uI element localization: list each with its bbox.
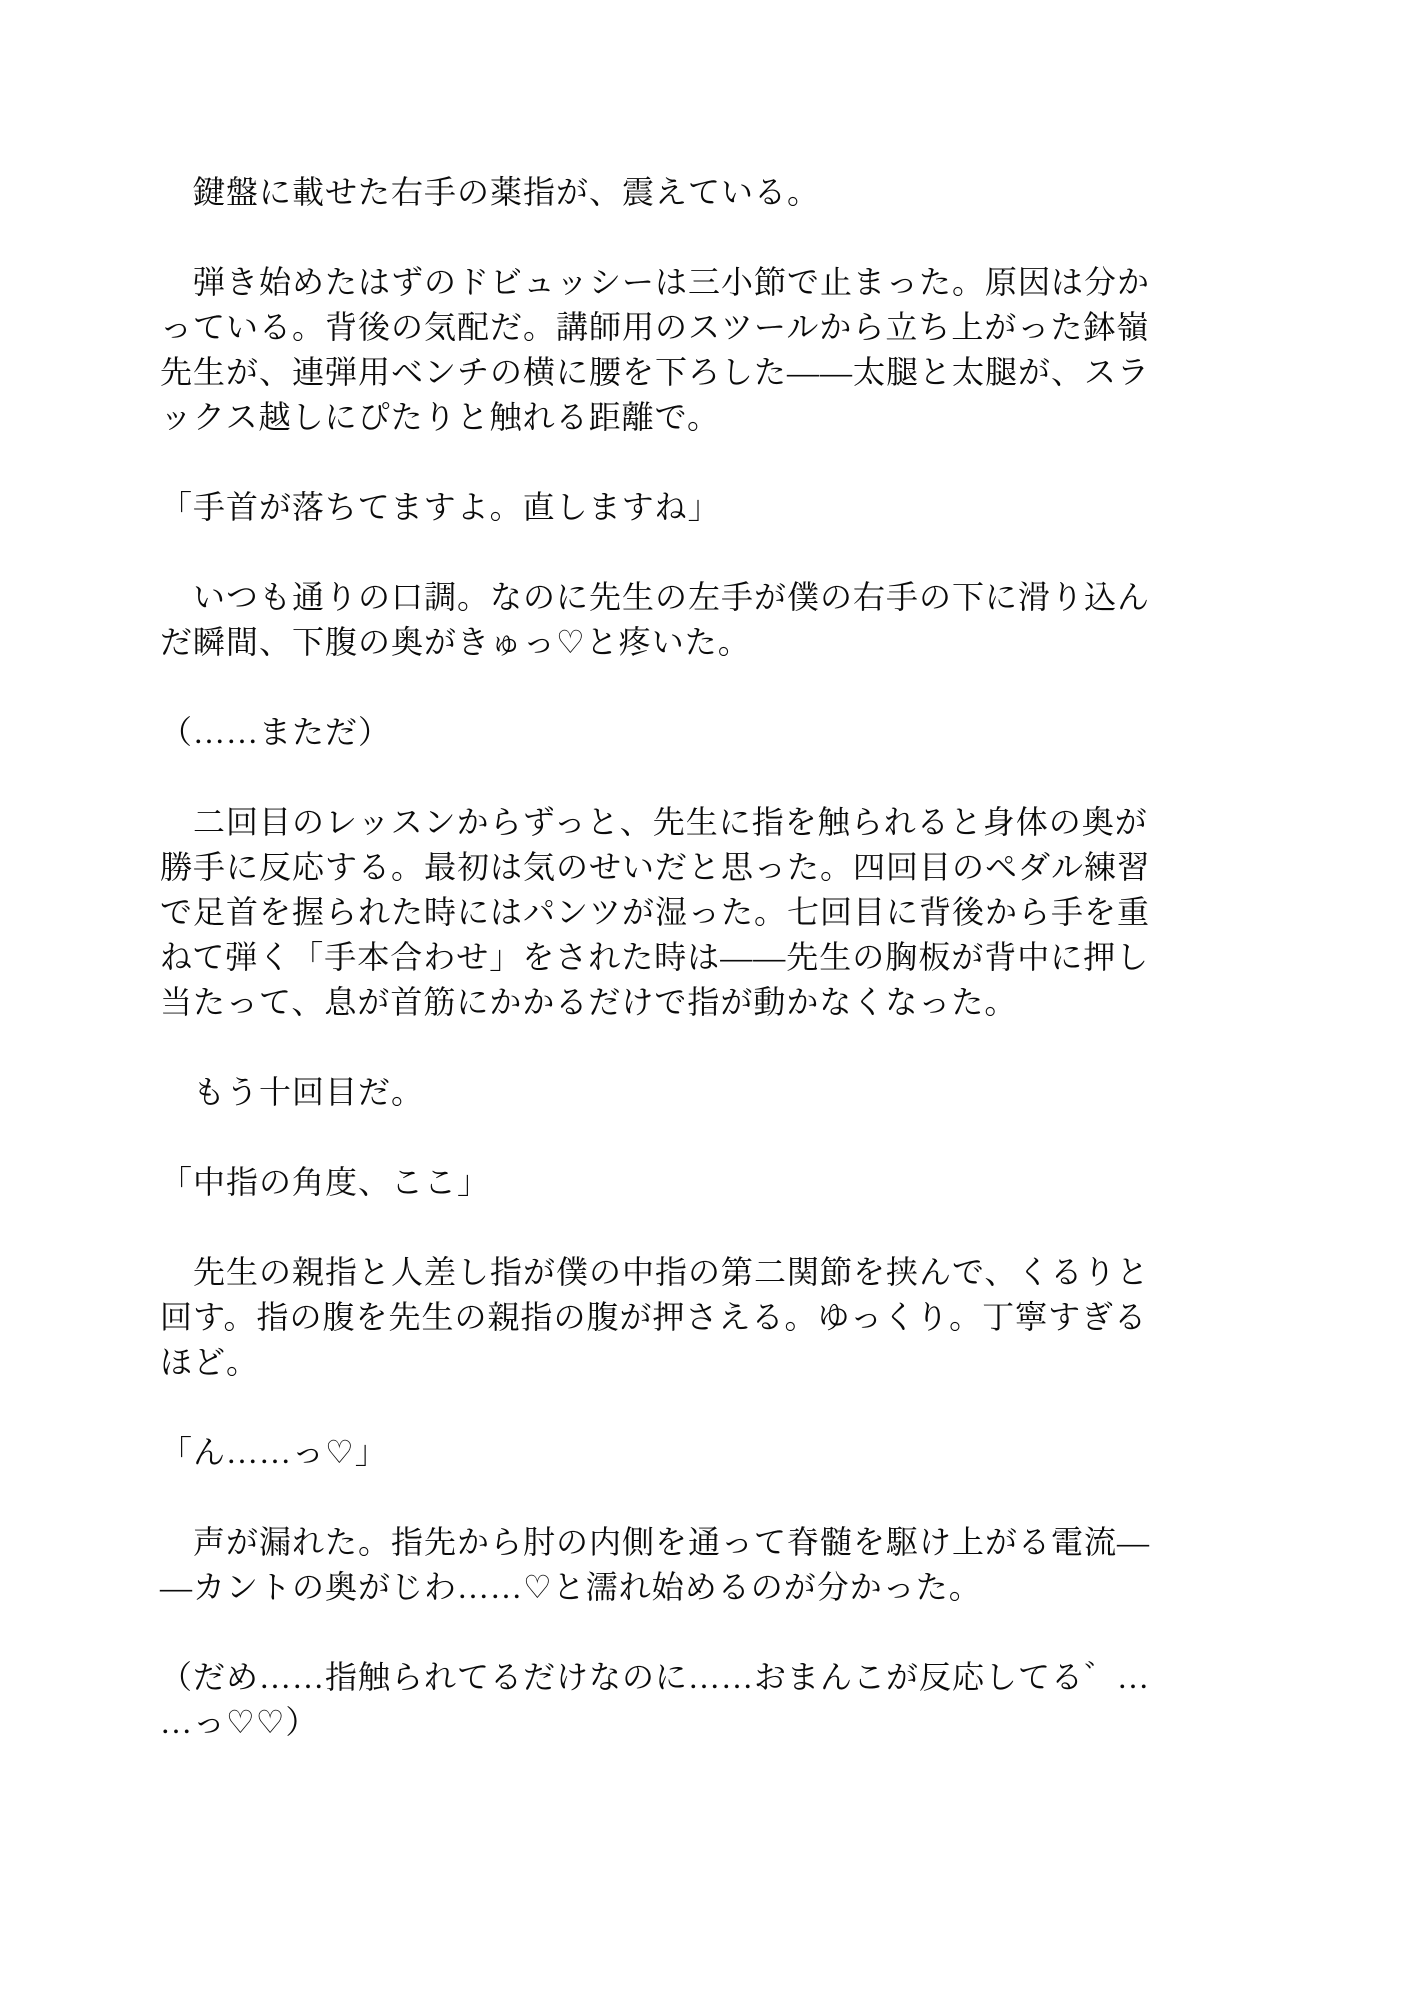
text-line: （だめ……指触られてるだけなのに……おまんこが反応してる゛… [160, 1655, 1310, 1700]
text-line: （……まただ） [160, 710, 1310, 755]
paragraph: 「ん……っ♡」 [160, 1430, 1310, 1475]
paragraph: 「中指の角度、ここ」 [160, 1160, 1310, 1205]
text-line: だ瞬間、下腹の奥がきゅっ♡と疼いた。 [160, 620, 1310, 665]
text-line: 「中指の角度、ここ」 [160, 1160, 1310, 1205]
novel-text-block: 鍵盤に載せた右手の薬指が、震えている。弾き始めたはずのドビュッシーは三小節で止ま… [160, 170, 1310, 1745]
text-line: ねて弾く「手本合わせ」をされた時は——先生の胸板が背中に押し [160, 935, 1310, 980]
text-line: 「手首が落ちてますよ。直しますね」 [160, 485, 1310, 530]
paragraph: （……まただ） [160, 710, 1310, 755]
text-line: —カントの奥がじわ……♡と濡れ始めるのが分かった。 [160, 1565, 1310, 1610]
text-line: 鍵盤に載せた右手の薬指が、震えている。 [160, 170, 1310, 215]
text-line: 弾き始めたはずのドビュッシーは三小節で止まった。原因は分か [160, 260, 1310, 305]
text-line: いつも通りの口調。なのに先生の左手が僕の右手の下に滑り込ん [160, 575, 1310, 620]
text-line: で足首を握られた時にはパンツが湿った。七回目に背後から手を重 [160, 890, 1310, 935]
text-line: 勝手に反応する。最初は気のせいだと思った。四回目のペダル練習 [160, 845, 1310, 890]
paragraph: 声が漏れた。指先から肘の内側を通って脊髄を駆け上がる電流——カントの奥がじわ……… [160, 1520, 1310, 1610]
text-line: 声が漏れた。指先から肘の内側を通って脊髄を駆け上がる電流— [160, 1520, 1310, 1565]
text-line: …っ♡♡） [160, 1700, 1310, 1745]
text-line: もう十回目だ。 [160, 1070, 1310, 1115]
paragraph: 「手首が落ちてますよ。直しますね」 [160, 485, 1310, 530]
text-line: っている。背後の気配だ。講師用のスツールから立ち上がった鉢嶺 [160, 305, 1310, 350]
paragraph: 二回目のレッスンからずっと、先生に指を触られると身体の奥が勝手に反応する。最初は… [160, 800, 1310, 1025]
paragraph: 先生の親指と人差し指が僕の中指の第二関節を挟んで、くるりと回す。指の腹を先生の親… [160, 1250, 1310, 1385]
text-line: 当たって、息が首筋にかかるだけで指が動かなくなった。 [160, 980, 1310, 1025]
paragraph: もう十回目だ。 [160, 1070, 1310, 1115]
text-line: ほど。 [160, 1340, 1310, 1385]
paragraph: 鍵盤に載せた右手の薬指が、震えている。 [160, 170, 1310, 215]
paragraph: いつも通りの口調。なのに先生の左手が僕の右手の下に滑り込んだ瞬間、下腹の奥がきゅ… [160, 575, 1310, 665]
paragraph: 弾き始めたはずのドビュッシーは三小節で止まった。原因は分かっている。背後の気配だ… [160, 260, 1310, 440]
text-line: ックス越しにぴたりと触れる距離で。 [160, 395, 1310, 440]
novel-page: 鍵盤に載せた右手の薬指が、震えている。弾き始めたはずのドビュッシーは三小節で止ま… [0, 0, 1415, 2000]
text-line: 回す。指の腹を先生の親指の腹が押さえる。ゆっくり。丁寧すぎる [160, 1295, 1310, 1340]
text-line: 「ん……っ♡」 [160, 1430, 1310, 1475]
text-line: 先生が、連弾用ベンチの横に腰を下ろした——太腿と太腿が、スラ [160, 350, 1310, 395]
text-line: 先生の親指と人差し指が僕の中指の第二関節を挟んで、くるりと [160, 1250, 1310, 1295]
text-line: 二回目のレッスンからずっと、先生に指を触られると身体の奥が [160, 800, 1310, 845]
paragraph: （だめ……指触られてるだけなのに……おまんこが反応してる゛……っ♡♡） [160, 1655, 1310, 1745]
